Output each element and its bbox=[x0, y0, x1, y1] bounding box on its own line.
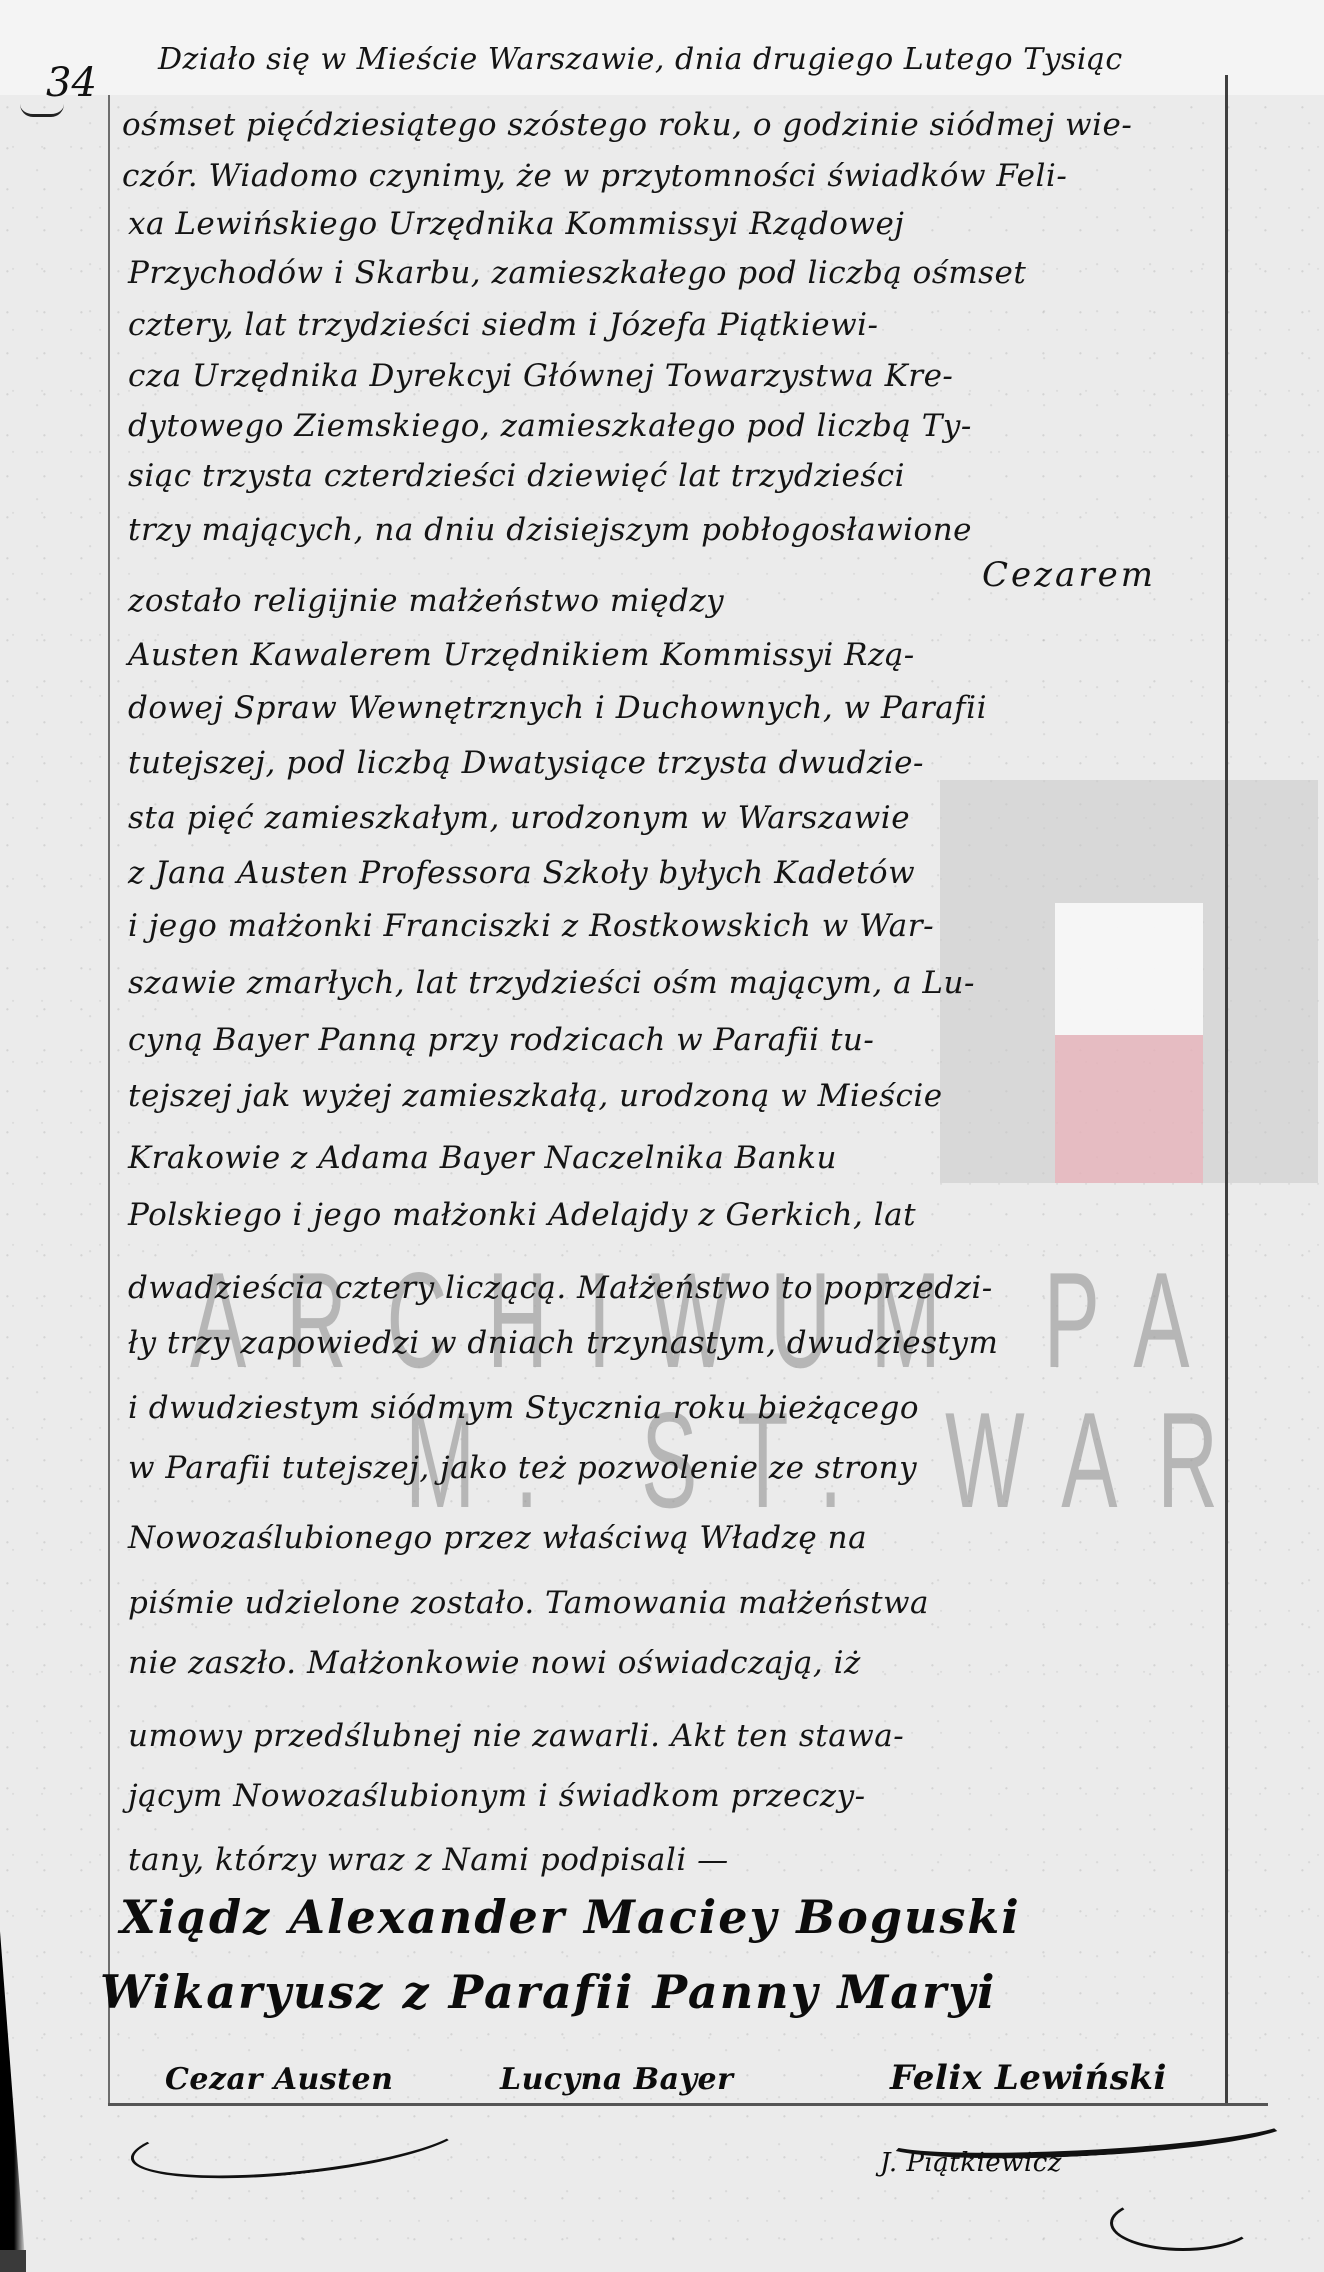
entry-number: 34 bbox=[46, 60, 97, 106]
text-line-20: tejszej jak wyżej zamieszkałą, urodzoną … bbox=[128, 1078, 943, 1114]
highlight-overlay-white bbox=[1055, 903, 1203, 1035]
text-line-18: szawie zmarłych, lat trzydzieści ośm maj… bbox=[128, 965, 975, 1001]
scan-edge-shadow bbox=[0, 0, 26, 2272]
frame-border-bottom bbox=[108, 2103, 1268, 2106]
text-line-4: xa Lewińskiego Urzędnika Kommissyi Rządo… bbox=[128, 206, 904, 242]
text-line-29: nie zaszło. Małżonkowie nowi oświadczają… bbox=[128, 1645, 861, 1681]
text-line-26: w Parafii tutejszej, jako też pozwolenie… bbox=[128, 1450, 917, 1486]
text-line-9: siąc trzysta czterdzieści dziewięć lat t… bbox=[128, 458, 905, 494]
text-line-25: i dwudziestym siódmym Stycznia roku bież… bbox=[128, 1390, 919, 1426]
frame-border-left bbox=[108, 95, 110, 2105]
signature-underline-flourish-icon bbox=[879, 2097, 1293, 2166]
text-line-6: cztery, lat trzydzieści siedm i Józefa P… bbox=[128, 307, 879, 343]
signature-paraph-icon bbox=[1110, 2195, 1256, 2251]
scan-corner-shadow bbox=[0, 2250, 26, 2272]
text-line-3: czór. Wiadomo czynimy, że w przytomności… bbox=[122, 158, 1067, 194]
signature-witness-lewinski: Felix Lewiński bbox=[890, 2058, 1167, 2098]
highlight-overlay-pink bbox=[1055, 1035, 1203, 1183]
text-line-7: cza Urzędnika Dyrekcyi Głównej Towarzyst… bbox=[128, 358, 953, 394]
margin-flourish-icon bbox=[20, 104, 64, 117]
text-line-24: ły trzy zapowiedzi w dniach trzynastym, … bbox=[128, 1325, 998, 1361]
signature-groom: Cezar Austen bbox=[165, 2062, 393, 2097]
text-line-22: Polskiego i jego małżonki Adelajdy z Ger… bbox=[128, 1197, 916, 1233]
signature-bride: Lucyna Bayer bbox=[500, 2062, 733, 2097]
text-line-1: Działo się w Mieście Warszawie, dnia dru… bbox=[158, 42, 1123, 77]
text-line-28: piśmie udzielone zostało. Tamowania małż… bbox=[128, 1585, 929, 1621]
frame-border-right bbox=[1225, 75, 1228, 2105]
text-line-27: Nowozaślubionego przez właściwą Władzę n… bbox=[128, 1520, 867, 1556]
text-line-12: Austen Kawalerem Urzędnikiem Kommissyi R… bbox=[128, 637, 915, 673]
text-line-5: Przychodów i Skarbu, zamieszkałego pod l… bbox=[128, 255, 1026, 291]
text-line-11: zostało religijnie małżeństwo między bbox=[128, 583, 724, 619]
inserted-word-groom-name: Cezarem bbox=[982, 555, 1156, 595]
text-line-30: umowy przedślubnej nie zawarli. Akt ten … bbox=[128, 1718, 904, 1754]
text-line-16: z Jana Austen Professora Szkoły byłych K… bbox=[128, 855, 915, 891]
text-line-17: i jego małżonki Franciszki z Rostkowskic… bbox=[128, 908, 934, 944]
text-line-14: tutejszej, pod liczbą Dwatysiące trzysta… bbox=[128, 745, 924, 781]
signature-priest-title: Wikaryusz z Parafii Panny Maryi bbox=[100, 1965, 997, 2019]
text-line-32: tany, którzy wraz z Nami podpisali — bbox=[128, 1842, 729, 1878]
signature-priest-name: Xiądz Alexander Maciey Boguski bbox=[120, 1890, 1021, 1944]
text-line-19: cyną Bayer Panną przy rodzicach w Parafi… bbox=[128, 1022, 874, 1058]
text-line-23: dwadzieścia cztery liczącą. Małżeństwo t… bbox=[128, 1270, 993, 1306]
text-line-10: trzy mających, na dniu dzisiejszym pobło… bbox=[128, 512, 972, 548]
text-line-13: dowej Spraw Wewnętrznych i Duchownych, w… bbox=[128, 690, 987, 726]
text-line-2: ośmset pięćdziesiątego szóstego roku, o … bbox=[122, 107, 1132, 143]
text-line-31: jącym Nowozaślubionym i świadkom przeczy… bbox=[128, 1778, 866, 1814]
text-line-21: Krakowie z Adama Bayer Naczelnika Banku bbox=[128, 1140, 837, 1176]
text-line-15: sta pięć zamieszkałym, urodzonym w Warsz… bbox=[128, 800, 910, 836]
text-line-8: dytowego Ziemskiego, zamieszkałego pod l… bbox=[128, 408, 972, 444]
